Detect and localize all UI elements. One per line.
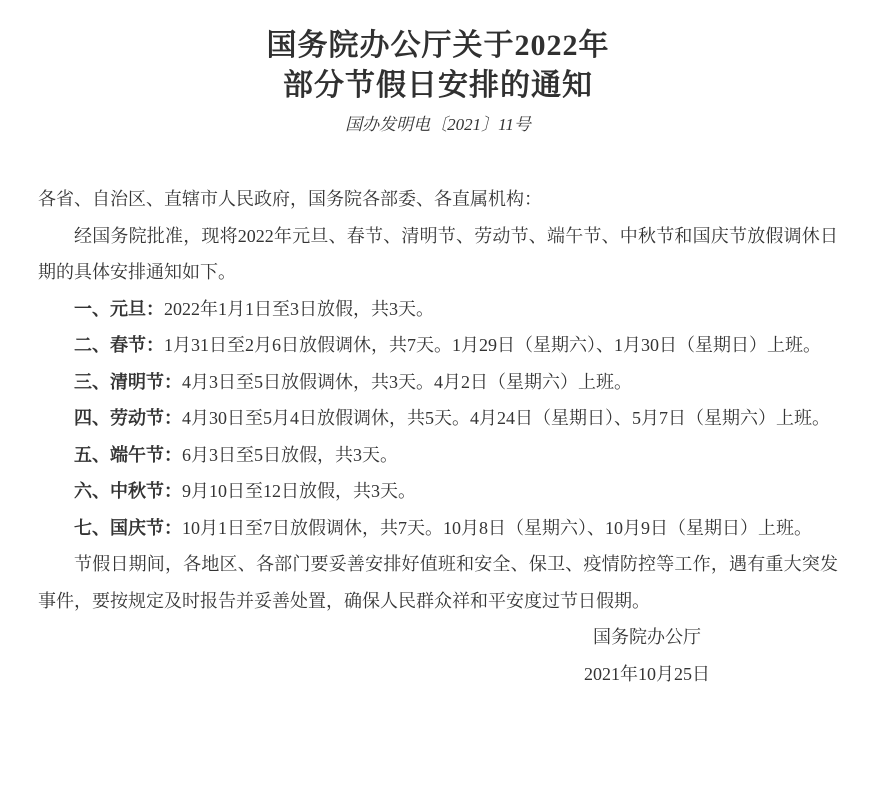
holiday-item-labor-day: 四、劳动节：4月30日至5月4日放假调休，共5天。4月24日（星期日）、5月7日… [38, 400, 838, 437]
holiday-item-label: 五、端午节： [74, 445, 182, 465]
holiday-item-text: 4月3日至5日放假调休，共3天。4月2日（星期六）上班。 [182, 372, 632, 392]
issue-date: 2021年10月25日 [584, 656, 710, 693]
holiday-item-label: 七、国庆节： [74, 518, 182, 538]
holiday-item-mid-autumn: 六、中秋节：9月10日至12日放假，共3天。 [38, 473, 838, 510]
salutation: 各省、自治区、直辖市人民政府，国务院各部委、各直属机构： [38, 181, 838, 218]
holiday-item-national-day: 七、国庆节：10月1日至7日放假调休，共7天。10月8日（星期六）、10月9日（… [38, 510, 838, 547]
document-number: 国办发明电〔2021〕11号 [38, 113, 838, 137]
holiday-item-text: 9月10日至12日放假，共3天。 [182, 481, 416, 501]
signature-block: 国务院办公厅 2021年10月25日 [584, 619, 710, 692]
holiday-item-spring-festival: 二、春节：1月31日至2月6日放假调休，共7天。1月29日（星期六）、1月30日… [38, 327, 838, 364]
holiday-item-dragon-boat: 五、端午节：6月3日至5日放假，共3天。 [38, 437, 838, 474]
holiday-item-text: 1月31日至2月6日放假调休，共7天。1月29日（星期六）、1月30日（星期日）… [164, 335, 821, 355]
closing-paragraph: 节假日期间，各地区、各部门要妥善安排好值班和安全、保卫、疫情防控等工作，遇有重大… [38, 546, 838, 619]
holiday-item-label: 三、清明节： [74, 372, 182, 392]
intro-paragraph: 经国务院批准，现将2022年元旦、春节、清明节、劳动节、端午节、中秋节和国庆节放… [38, 218, 838, 291]
holiday-item-label: 二、春节： [74, 335, 164, 355]
holiday-item-new-year: 一、元旦：2022年1月1日至3日放假，共3天。 [38, 291, 838, 328]
holiday-item-text: 10月1日至7日放假调休，共7天。10月8日（星期六）、10月9日（星期日）上班… [182, 518, 812, 538]
holiday-item-text: 6月3日至5日放假，共3天。 [182, 445, 398, 465]
holiday-item-qingming: 三、清明节：4月3日至5日放假调休，共3天。4月2日（星期六）上班。 [38, 364, 838, 401]
document-body: 各省、自治区、直辖市人民政府，国务院各部委、各直属机构： 经国务院批准，现将20… [38, 181, 838, 692]
holiday-item-label: 六、中秋节： [74, 481, 182, 501]
holiday-item-text: 4月30日至5月4日放假调休，共5天。4月24日（星期日）、5月7日（星期六）上… [182, 408, 830, 428]
notice-document: 国务院办公厅关于2022年 部分节假日安排的通知 国办发明电〔2021〕11号 … [0, 0, 876, 804]
holiday-item-label: 四、劳动节： [74, 408, 182, 428]
holiday-item-label: 一、元旦： [74, 299, 164, 319]
holiday-item-text: 2022年1月1日至3日放假，共3天。 [164, 299, 434, 319]
document-title-line2: 部分节假日安排的通知 [283, 69, 593, 102]
document-title: 国务院办公厅关于2022年 部分节假日安排的通知 [38, 26, 838, 106]
issuer-signature: 国务院办公厅 [584, 619, 710, 656]
document-title-line1: 国务院办公厅关于2022年 [267, 29, 610, 62]
